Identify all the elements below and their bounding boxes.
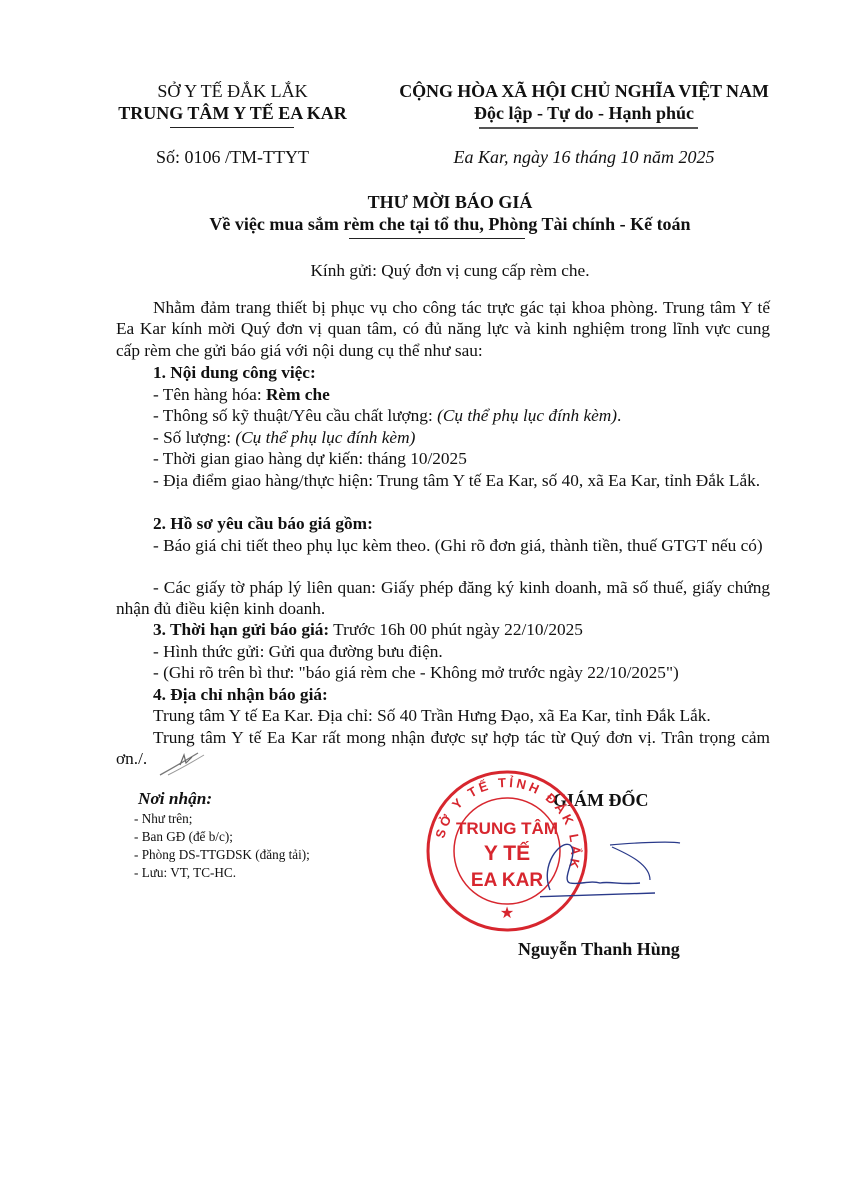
- document-date: Ea Kar, ngày 16 tháng 10 năm 2025: [378, 146, 790, 168]
- recipient-item: - Phòng DS-TTGDSK (đăng tải);: [134, 846, 310, 863]
- letter-subject: Về việc mua sắm rèm che tại tổ thu, Phòn…: [100, 213, 800, 235]
- org-underline: [170, 127, 294, 128]
- spec-value: (Cụ thể phụ lục đính kèm): [437, 406, 617, 425]
- requirement-item-2: - Các giấy tờ pháp lý liên quan: Giấy ph…: [116, 577, 770, 620]
- signer-name: Nguyễn Thanh Hùng: [518, 938, 680, 960]
- subject-underline: [349, 238, 525, 239]
- recipient-item: - Như trên;: [134, 810, 192, 827]
- send-method: - Hình thức gửi: Gửi qua đường bưu điện.: [153, 641, 443, 663]
- section-2-heading: 2. Hồ sơ yêu cầu báo giá gồm:: [153, 513, 373, 535]
- deadline-value: Trước 16h 00 phút ngày 22/10/2025: [329, 620, 583, 639]
- department-name: SỞ Y TẾ ĐẮK LẮK: [100, 80, 365, 102]
- envelope-note: - (Ghi rõ trên bì thư: "báo giá rèm che …: [153, 662, 679, 684]
- motto-underline: [479, 127, 698, 129]
- section-3-heading: 3. Thời hạn gửi báo giá:: [153, 620, 329, 639]
- initial-mark-icon: [158, 747, 208, 779]
- closing-paragraph: Trung tâm Y tế Ea Kar rất mong nhận được…: [116, 727, 770, 770]
- quantity-label: - Số lượng:: [153, 428, 235, 447]
- delivery-time: - Thời gian giao hàng dự kiến: tháng 10/…: [153, 448, 467, 470]
- spec-label: - Thông số kỹ thuật/Yêu cầu chất lượng:: [153, 406, 437, 425]
- greeting: Kính gửi: Quý đơn vị cung cấp rèm che.: [100, 260, 800, 282]
- national-motto: Độc lập - Tự do - Hạnh phúc: [378, 102, 790, 124]
- svg-text:EA KAR: EA KAR: [471, 870, 543, 891]
- goods-name-value: Rèm che: [266, 385, 330, 404]
- letter-title: THƯ MỜI BÁO GIÁ: [100, 191, 800, 213]
- svg-text:Y TẾ: Y TẾ: [484, 842, 530, 865]
- quantity-row: - Số lượng: (Cụ thể phụ lục đính kèm): [153, 427, 415, 449]
- svg-text:★: ★: [500, 905, 514, 922]
- section-1-heading: 1. Nội dung công việc:: [153, 362, 316, 384]
- receiving-address: Trung tâm Y tế Ea Kar. Địa chỉ: Số 40 Tr…: [153, 705, 711, 727]
- document-number: Số: 0106 /TM-TTYT: [100, 146, 365, 168]
- deadline-row: 3. Thời hạn gửi báo giá: Trước 16h 00 ph…: [153, 619, 583, 641]
- goods-name-label: - Tên hàng hóa:: [153, 385, 266, 404]
- organization-name: TRUNG TÂM Y TẾ EA KAR: [100, 102, 365, 124]
- spec-end: .: [617, 406, 621, 425]
- requirement-item-1: - Báo giá chi tiết theo phụ lục kèm theo…: [116, 535, 770, 556]
- spec-row: - Thông số kỹ thuật/Yêu cầu chất lượng: …: [153, 405, 621, 427]
- section-4-heading: 4. Địa chỉ nhận báo giá:: [153, 684, 328, 706]
- intro-paragraph: Nhằm đảm trang thiết bị phục vụ cho công…: [116, 297, 770, 361]
- recipient-item: - Ban GĐ (để b/c);: [134, 828, 233, 845]
- quantity-value: (Cụ thể phụ lục đính kèm): [235, 428, 415, 447]
- goods-name-row: - Tên hàng hóa: Rèm che: [153, 384, 330, 406]
- national-title: CỘNG HÒA XÃ HỘI CHỦ NGHĨA VIỆT NAM: [378, 80, 790, 102]
- handwritten-signature-icon: [540, 835, 690, 905]
- recipient-item: - Lưu: VT, TC-HC.: [134, 864, 236, 881]
- recipients-title: Nơi nhận:: [138, 789, 212, 809]
- delivery-place: - Địa điểm giao hàng/thực hiện: Trung tâ…: [116, 470, 770, 491]
